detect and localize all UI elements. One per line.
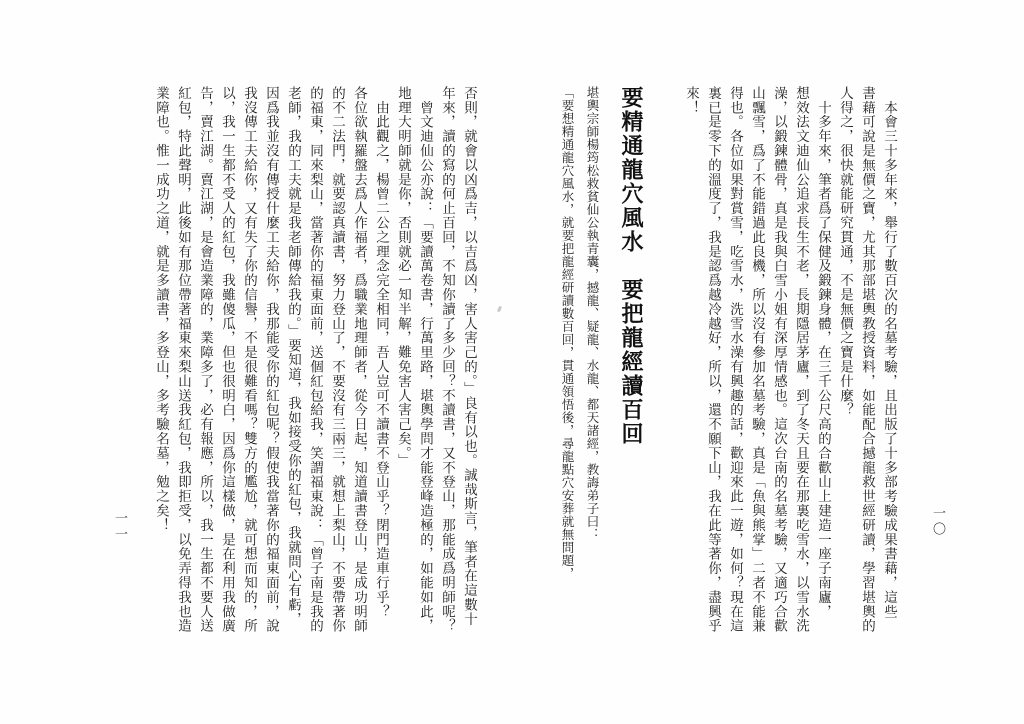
scan-speck (497, 306, 502, 313)
text-column: 否則，就會以凶爲吉，以吉爲凶，害人害己的。」良有以也。誠哉斯言，筆者在這數十 (458, 86, 480, 671)
text-column: 的不二法門，就要認真讀書，努力登山了，不要沒有三兩三，就想上梨山，不要帶著你 (326, 86, 348, 671)
text-column: 裏已是零下的溫度了，我是認爲越冷越好，所以，還不願下山，我在此等著你，盡興乎 (702, 86, 724, 671)
text-column: 的福東，同來梨山，當著你的福東面前，送個紅包給我，笑謂福東說：「曾子南是我的 (304, 86, 326, 671)
text-column: 澡，以鍛鍊體骨，真是我與白雪小姐有深厚情感也。這次台南的名墓考驗，又適巧合歡 (768, 86, 790, 671)
left-page: 否則，就會以凶爲吉，以吉爲凶，害人害己的。」良有以也。誠哉斯言，筆者在這數十 年… (150, 86, 480, 671)
text-column: 年來，讀的寫的何止百回，不知你讀了多少回？不讀書，又不登山，那能成爲明師呢？ (436, 86, 458, 671)
right-page: 本會三十多年來，舉行了數百次的名墓考驗，且出版了十多部考驗成果書藉，這些 書藉可… (554, 86, 900, 671)
text-column: 因爲我並沒有傳授什麼工夫給你，我那能受你的紅包呢？假使我當著你的福東面前，說 (260, 86, 282, 671)
chapter-quote-column: 「要想精通龍穴風水，就要把龍經研讀數百回，貫通領悟後，尋龍點穴安葬就無問題， (554, 86, 579, 671)
text-column: 想效法文迪仙公追求長生不老，長期隱居茅廬，到了冬天且要在那裏吃雪水，以雪水洗 (790, 86, 812, 671)
text-column: 我沒傳工夫給你，又有失了你的信譽，不是很難看嗎？雙方的尷尬，就可想而知的，所 (238, 86, 260, 671)
text-column: 山飄雪，爲了不能錯過此良機，所以沒有參加名墓考驗，真是「魚與熊掌」二者不能兼 (746, 86, 768, 671)
text-column: 書藉可說是無價之寶，尤其那部堪輿教授資料，如能配合撼龍救世經研讀，學習堪輿的 (856, 86, 878, 671)
text-column: 以，我一生都不受人的紅包，我雖傻瓜，但也很明白，因爲你這樣做，是在利用我做廣 (216, 86, 238, 671)
text-column: 曾文迪仙公亦說：「要讀萬卷書，行萬里路，堪輿學問才能登峰造極的，如能如此， (414, 86, 436, 671)
text-column: 業障也。惟一成功之道，就是多讀書，多登山，多考驗名墓，勉之矣！ (150, 86, 172, 671)
text-column: 來！ (680, 86, 702, 671)
text-column: 由此觀之，楊曾二公之理念完全相同，吾人豈可不讀書不登山乎？閉門造車行乎？ (370, 86, 392, 671)
text-column: 本會三十多年來，舉行了數百次的名墓考驗，且出版了十多部考驗成果書藉，這些 (878, 86, 900, 671)
text-column: 人得之，很快就能研究貫通，不是無價之寶是什麼？ (834, 86, 856, 671)
text-column: 得也。各位如果對賞雪，吃雪水，洗雪水澡有興趣的話，歡迎來此一遊，如何？現在這 (724, 86, 746, 671)
book-spread: 本會三十多年來，舉行了數百次的名墓考驗，且出版了十多部考驗成果書藉，這些 書藉可… (0, 0, 1024, 724)
text-column: 地理大明師就是你，否則就必一知半解，難免害人害己矣。」 (392, 86, 414, 671)
chapter-intro-column: 堪輿宗師楊筠松救貧仙公執青囊，撼龍、疑龍、水龍、都天諸經，教誨弟子曰： (579, 86, 604, 671)
text-column: 告，賣江湖。賣江湖，是會造業障的，業障多了，必有報應，所以，我一生都不要人送 (194, 86, 216, 671)
text-column: 老師，我的工夫就是我老師傳給我的。」要知道，我如接受你的紅包，我就問心有虧， (282, 86, 304, 671)
text-column: 各位欲執羅盤去爲人作福者，爲職業地理師者，從今日起，知道讀書登山，是成功明師 (348, 86, 370, 671)
text-column: 十多年來，筆者爲了保健及鍛鍊身體，在三千公尺高的合歡山上建造一座子南廬， (812, 86, 834, 671)
page-number-left: 一一 (111, 511, 130, 543)
page-number-right: 一〇 (929, 506, 948, 538)
text-column: 紅包，特此聲明，此後如有那位帶著福東來梨山送我紅包，我即拒受，以免弄得我也造 (172, 86, 194, 671)
chapter-title: 要精通龍穴風水 要把龍經讀百回 (614, 86, 648, 671)
